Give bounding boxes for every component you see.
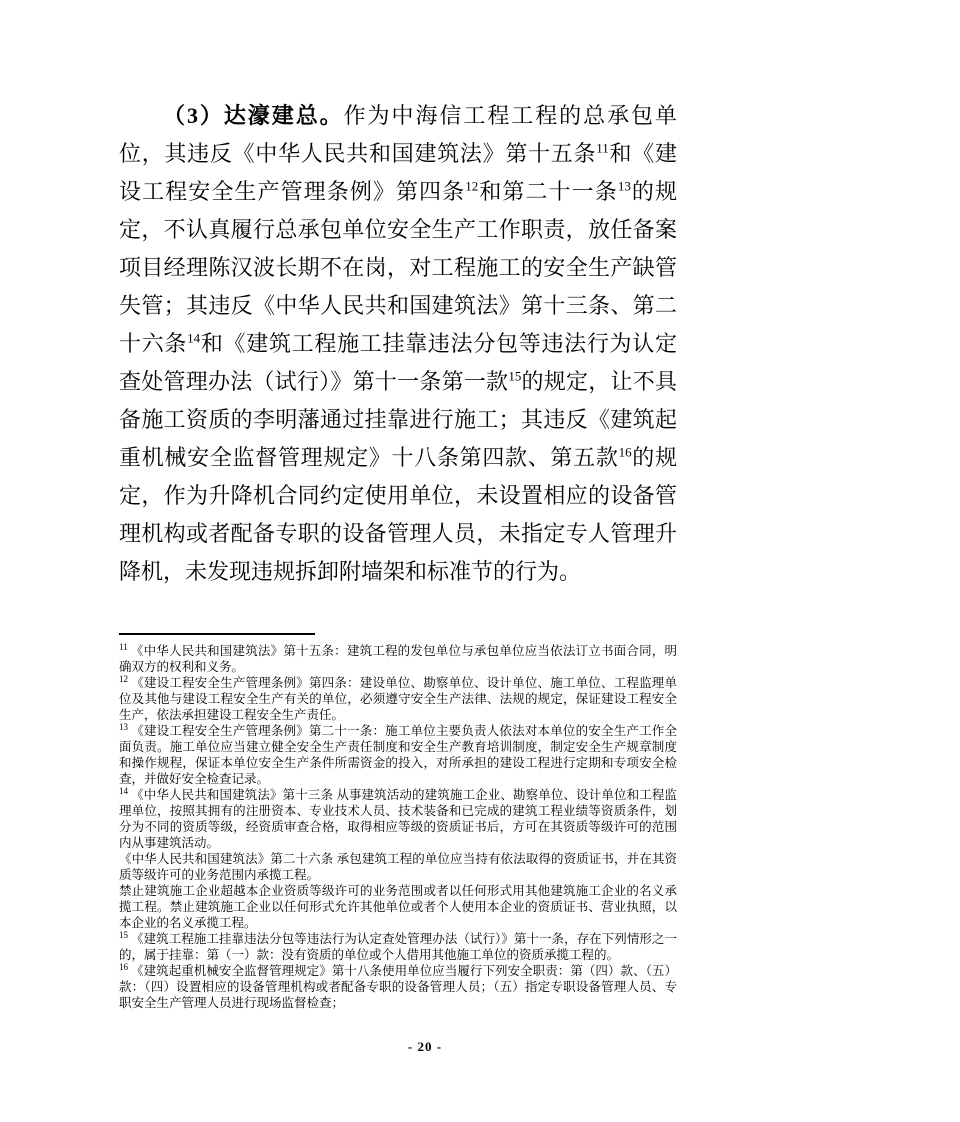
footnote-text: 《建设工程安全生产管理条例》第二十一条：施工单位主要负责人依法对本单位的安全生产… <box>119 724 677 786</box>
footnote-number: 12 <box>119 674 128 684</box>
footnote-ref: 16 <box>619 445 632 460</box>
footnote-number: 15 <box>119 930 128 940</box>
page-content: （3）达濠建总。作为中海信工程工程的总承包单位，其违反《中华人民共和国建筑法》第… <box>119 97 677 1011</box>
footnote-ref: 15 <box>508 369 521 384</box>
footnote: 11《中华人民共和国建筑法》第十五条：建筑工程的发包单位与承包单位应当依法订立书… <box>119 643 677 675</box>
footnote-text: 《建筑起重机械安全监督管理规定》第十八条使用单位应当履行下列安全职责：第（四）款… <box>119 964 677 1010</box>
body-paragraph: （3）达濠建总。作为中海信工程工程的总承包单位，其违反《中华人民共和国建筑法》第… <box>119 97 677 591</box>
footnote-text: 《中华人民共和国建筑法》第十五条：建筑工程的发包单位与承包单位应当依法订立书面合… <box>119 644 677 674</box>
footnote-number: 16 <box>119 962 128 972</box>
footnote-number: 11 <box>119 642 128 652</box>
footnote-separator <box>119 633 315 635</box>
footnote-text: 禁止建筑施工企业超越本企业资质等级许可的业务范围或者以任何形式用其他建筑施工企业… <box>119 884 677 930</box>
footnote-ref: 12 <box>465 179 478 194</box>
footnote-number: 14 <box>119 786 128 796</box>
paragraph-lead: （3）达濠建总。 <box>163 103 344 128</box>
document-page: （3）达濠建总。作为中海信工程工程的总承包单位，其违反《中华人民共和国建筑法》第… <box>0 0 960 1122</box>
footnote: 14《中华人民共和国建筑法》第十三条 从事建筑活动的建筑施工企业、勘察单位、设计… <box>119 787 677 851</box>
footnote: 13《建设工程安全生产管理条例》第二十一条：施工单位主要负责人依法对本单位的安全… <box>119 723 677 787</box>
footnote: 12《建设工程安全生产管理条例》第四条：建设单位、勘察单位、设计单位、施工单位、… <box>119 675 677 723</box>
footnote-ref: 11 <box>596 141 609 156</box>
footnote: 《中华人民共和国建筑法》第二十六条 承包建筑工程的单位应当持有依法取得的资质证书… <box>119 851 677 883</box>
page-number: - 20 - <box>119 1039 731 1055</box>
footnote: 15《建筑工程施工挂靠违法分包等违法行为认定查处管理办法（试行）》第十一条，存在… <box>119 931 677 963</box>
footnote-text: 《建设工程安全生产管理条例》第四条：建设单位、勘察单位、设计单位、施工单位、工程… <box>119 676 677 722</box>
footnote-ref: 13 <box>618 179 631 194</box>
footnote-ref: 14 <box>187 331 200 346</box>
footnote-text: 《中华人民共和国建筑法》第二十六条 承包建筑工程的单位应当持有依法取得的资质证书… <box>119 852 677 882</box>
footnote: 禁止建筑施工企业超越本企业资质等级许可的业务范围或者以任何形式用其他建筑施工企业… <box>119 883 677 931</box>
footnote-text: 《建筑工程施工挂靠违法分包等违法行为认定查处管理办法（试行）》第十一条，存在下列… <box>119 932 677 962</box>
footnote-list: 11《中华人民共和国建筑法》第十五条：建筑工程的发包单位与承包单位应当依法订立书… <box>119 643 677 1011</box>
footnote: 16《建筑起重机械安全监督管理规定》第十八条使用单位应当履行下列安全职责：第（四… <box>119 963 677 1011</box>
footnote-text: 《中华人民共和国建筑法》第十三条 从事建筑活动的建筑施工企业、勘察单位、设计单位… <box>119 788 677 850</box>
footnote-number: 13 <box>119 722 128 732</box>
